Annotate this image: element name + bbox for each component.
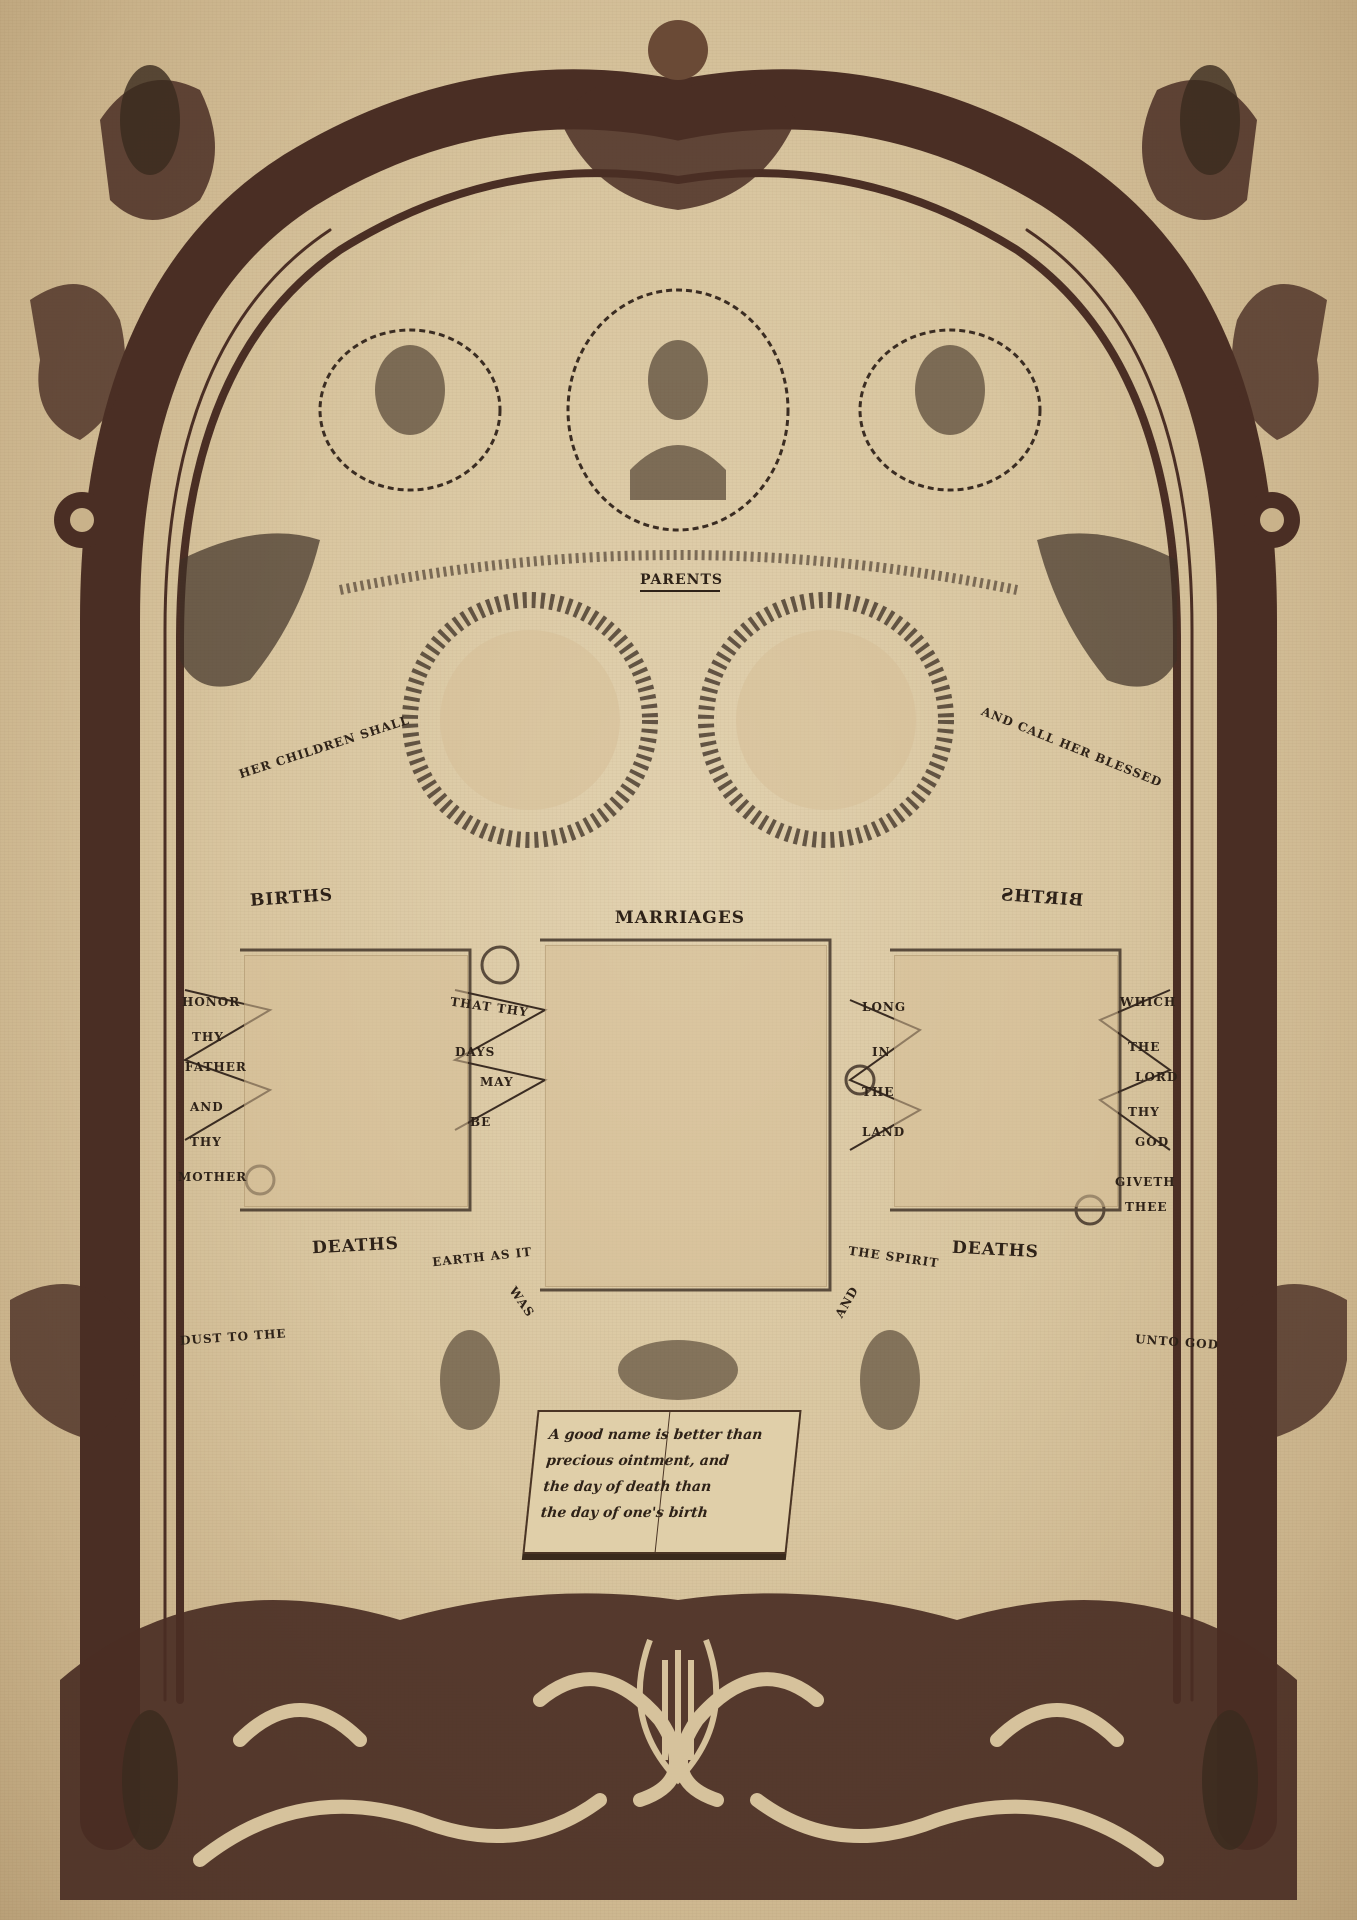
parents-heading: PARENTS [640, 572, 720, 592]
ribbon-left-edge-5: THY [190, 1135, 222, 1149]
ribbon-center-left-4: BE [470, 1115, 491, 1129]
ribbon-center-right-3: THE [862, 1085, 894, 1099]
parents-panel-right[interactable] [736, 630, 916, 810]
book-line-3: the day of death than [542, 1474, 783, 1500]
family-record-page: PARENTS BIRTHS BIRTHS MARRIAGES DEATHS D… [0, 0, 1357, 1920]
marriages-heading: MARRIAGES [592, 908, 768, 928]
ribbon-left-edge-1: HONOR [182, 995, 240, 1009]
ribbon-left-edge-3: FATHER [185, 1060, 247, 1074]
book-line-2: precious ointment, and [545, 1448, 786, 1474]
ribbon-left-edge-6: MOTHER [178, 1170, 247, 1184]
ribbon-right-edge-7: THEE [1125, 1200, 1168, 1214]
ribbon-left-edge-4: AND [190, 1100, 224, 1114]
ribbon-left-edge-2: THY [192, 1030, 224, 1044]
book-line-1: A good name is better than [548, 1422, 789, 1448]
ribbon-center-right-2: IN [872, 1045, 891, 1059]
parents-panel-left[interactable] [440, 630, 620, 810]
deaths-panel[interactable] [894, 955, 1118, 1207]
ribbon-center-left-3: MAY [480, 1075, 514, 1089]
ribbon-right-edge-2: THE [1128, 1040, 1160, 1054]
births-panel[interactable] [244, 955, 468, 1207]
ribbon-center-left-2: DAYS [455, 1045, 495, 1059]
ribbon-right-edge-4: THY [1128, 1105, 1160, 1119]
ribbon-center-right-4: LAND [862, 1125, 905, 1139]
open-book-inscription: A good name is better than precious oint… [522, 1410, 801, 1554]
ribbon-center-right-1: LONG [862, 1000, 906, 1014]
book-text: A good name is better than precious oint… [539, 1422, 788, 1526]
marriages-panel[interactable] [545, 945, 827, 1287]
book-line-4: the day of one's birth [539, 1500, 780, 1526]
ribbon-right-edge-1: WHICH [1120, 995, 1176, 1009]
ribbon-right-edge-5: GOD [1135, 1135, 1169, 1149]
ribbon-right-edge-3: LORD [1135, 1070, 1178, 1084]
ribbon-right-edge-6: GIVETH [1115, 1175, 1176, 1189]
